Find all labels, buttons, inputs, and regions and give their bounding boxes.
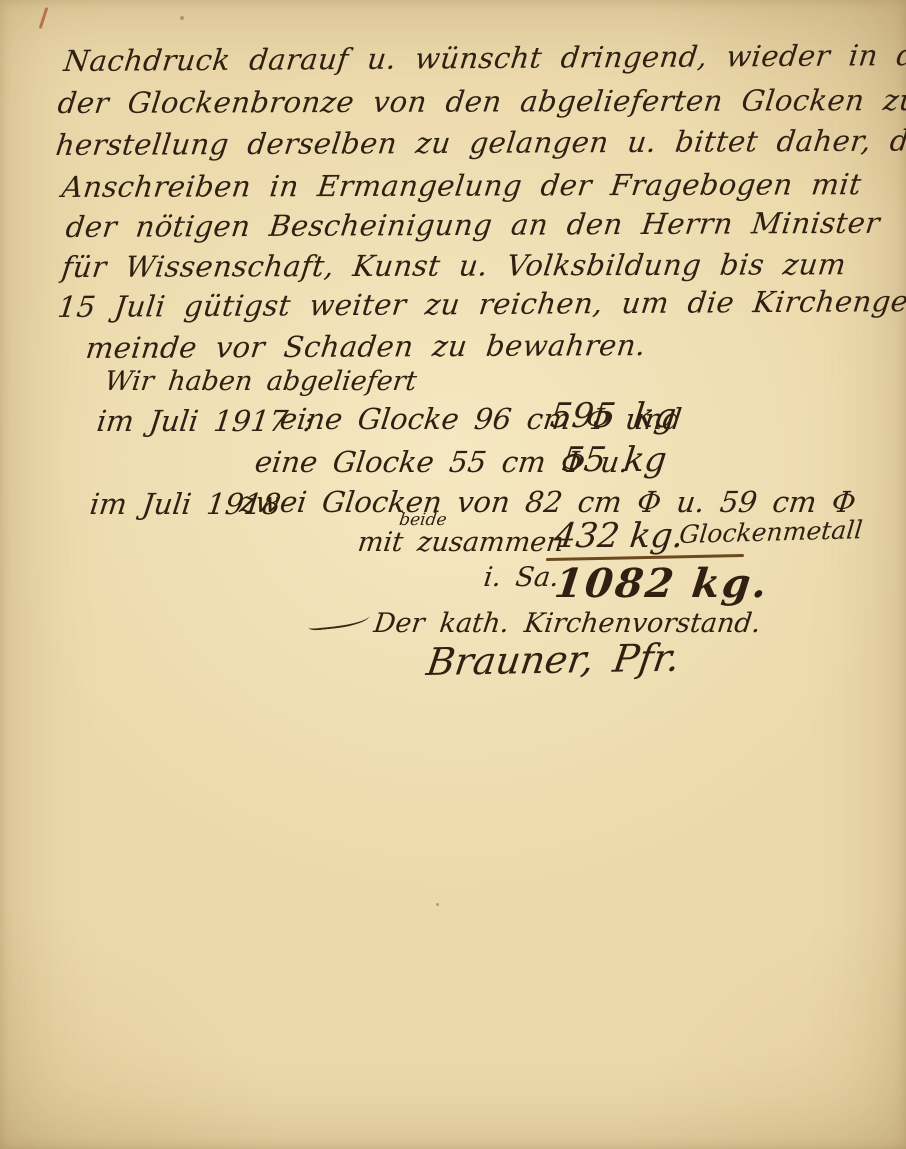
paper-speck [436, 903, 439, 906]
delivery-intro: Wir haben abgeliefert [103, 366, 418, 397]
signature-role: Der kath. Kirchenvorstand. [372, 608, 762, 639]
letter-page: Nachdruck darauf u. wünscht dringend, wi… [0, 0, 906, 1149]
subtotal-value: 432 kg. [552, 516, 686, 556]
letter-line: der nötigen Bescheinigung an den Herrn M… [64, 206, 882, 244]
letter-line: für Wissenschaft, Kunst u. Volksbildung … [60, 247, 848, 284]
signature-flourish [307, 609, 370, 631]
letter-line: Nachdruck darauf u. wünscht dringend, wi… [62, 37, 906, 78]
subtotal-label: mit zusammen [356, 527, 566, 558]
letter-line: 15 Juli gütigst weiter zu reichen, um di… [56, 284, 906, 324]
letter-line: herstellung derselben zu gelangen u. bit… [54, 123, 906, 162]
signature-name: Brauner, Pfr. [424, 636, 682, 684]
paper-speck [180, 16, 184, 20]
total-value: 1082 kg. [552, 560, 772, 607]
total-prefix: i. Sa. [482, 562, 561, 593]
subtotal-note: Glockenmetall [678, 515, 864, 549]
corner-pen-mark [39, 7, 49, 29]
delivery-item-3: zwei Glocken von 82 cm Φ u. 59 cm Φ [238, 485, 858, 519]
delivery-weight-2: 55 kg [560, 440, 669, 480]
letter-line: meinde vor Schaden zu bewahren. [84, 328, 648, 365]
letter-line: der Glockenbronze von den abgelieferten … [56, 82, 906, 120]
letter-line: Anschreiben in Ermangelung der Frageboge… [60, 167, 863, 204]
delivery-weight-1: 595 kg [548, 396, 678, 436]
